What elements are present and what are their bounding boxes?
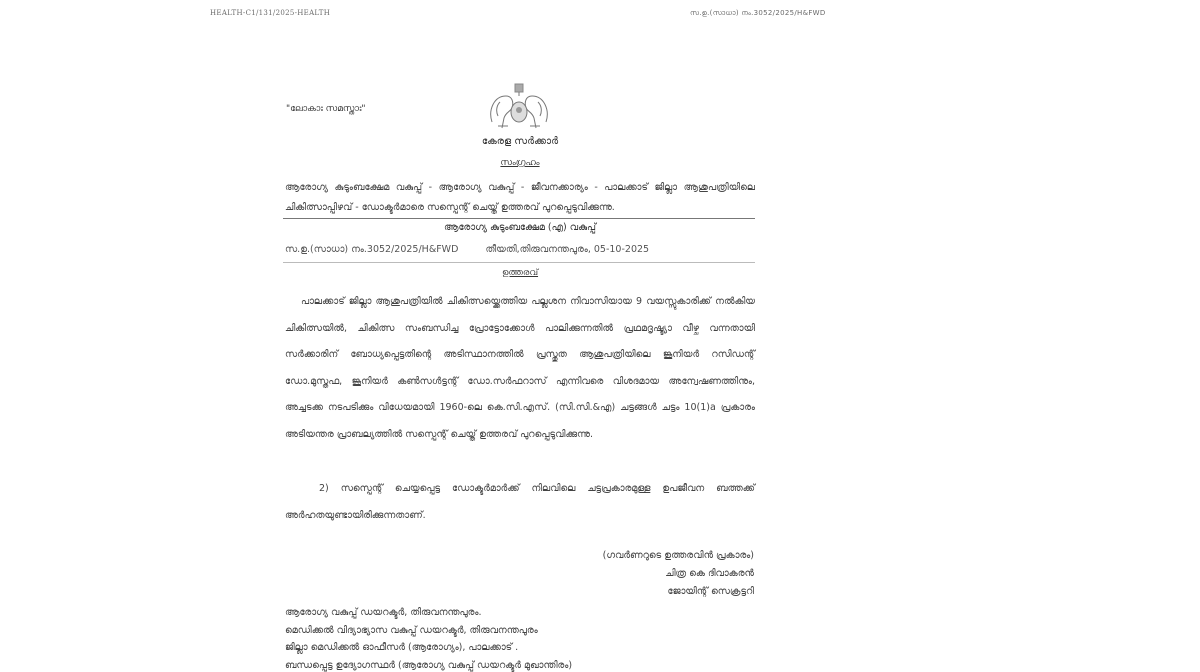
divider <box>283 218 755 219</box>
header-right-ref: സ.ഉ.(സാധാ) നം.3052/2025/H&FWD <box>690 9 826 18</box>
department-name: ആരോഗ്യ കുടുംബക്ഷേമ (എ) വകുപ്പ് <box>0 222 1040 233</box>
kerala-emblem-icon <box>486 82 552 134</box>
copy-to-item: മെഡിക്കൽ വിദ്യാഭ്യാസ വകുപ്പ് ഡയറക്ടർ, തി… <box>285 622 572 640</box>
government-name: കേരള സർക്കാർ <box>0 136 1040 147</box>
by-order: (ഗവർണറുടെ ഉത്തരവിൻ പ്രകാരം) <box>603 547 754 565</box>
signature-block: (ഗവർണറുടെ ഉത്തരവിൻ പ്രകാരം) ചിത്ര കെ ദിവ… <box>603 547 754 601</box>
copy-to-list: ആരോഗ്യ വകുപ്പ് ഡയറക്ടർ, തിരുവനന്തപുരം. മ… <box>285 604 572 672</box>
go-number-line: സ.ഉ.(സാധാ) നം.3052/2025/H&FWD തീയതി,തിരു… <box>285 244 673 255</box>
motto: "ലോകാഃ സമസ്താഃ" <box>286 104 366 114</box>
go-date: തീയതി,തിരുവനന്തപുരം, 05-10-2025 <box>485 244 649 255</box>
copy-to-item: ബന്ധപ്പെട്ട ഉദ്യോഗസ്ഥർ (ആരോഗ്യ വകുപ്പ് ഡ… <box>285 657 572 672</box>
signatory-designation: ജോയിന്റ് സെക്രട്ടറി <box>603 583 754 601</box>
paragraph-2: 2) സസ്പെന്റ് ചെയ്യപ്പെട്ട ഡോക്ടർമാർക്ക് … <box>285 476 755 529</box>
go-number: സ.ഉ.(സാധാ) നം.3052/2025/H&FWD <box>285 244 458 255</box>
subject: ആരോഗ്യ കുടുംബക്ഷേമ വകുപ്പ് - ആരോഗ്യ വകുപ… <box>285 178 755 218</box>
divider <box>283 262 755 263</box>
header-left-ref: HEALTH-C1/131/2025-HEALTH <box>210 9 330 17</box>
signatory-name: ചിത്ര കെ ദിവാകരൻ <box>603 565 754 583</box>
order-title: ഉത്തരവ് <box>0 268 1040 278</box>
paragraph-1: പാലക്കാട് ജില്ലാ ആശുപത്രിയിൽ ചികിത്സയ്ക്… <box>285 289 755 448</box>
abstract-title: സംഗ്രഹം <box>0 158 1040 168</box>
copy-to-item: ആരോഗ്യ വകുപ്പ് ഡയറക്ടർ, തിരുവനന്തപുരം. <box>285 604 572 622</box>
copy-to-item: ജില്ലാ മെഡിക്കൽ ഓഫീസർ (ആരോഗ്യം), പാലക്കാ… <box>285 639 572 657</box>
